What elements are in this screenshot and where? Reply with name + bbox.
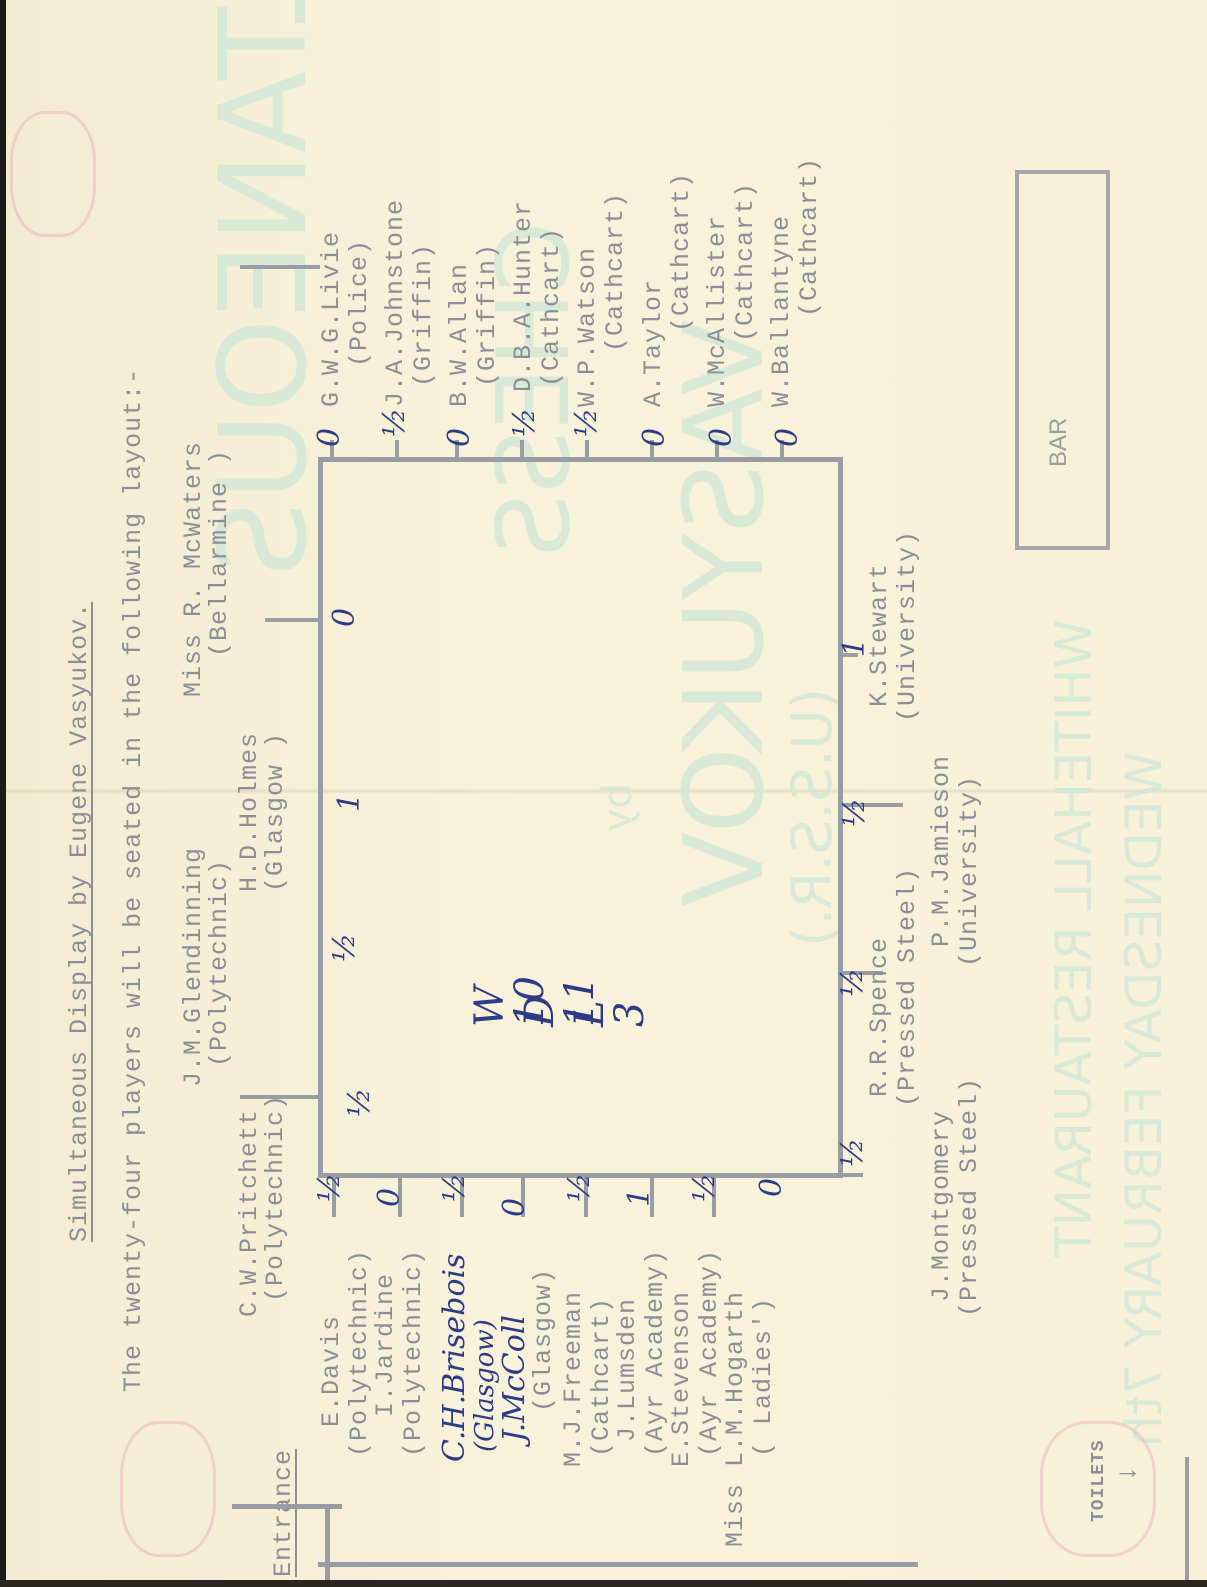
result-ballantyne: 0 bbox=[773, 428, 803, 447]
player-mcallister: W.McAllister bbox=[704, 215, 732, 407]
result-jardine: 0 bbox=[375, 1188, 405, 1207]
club-stevenson: (Ayr Academy) bbox=[696, 1249, 724, 1457]
player-glendinning: J.M.Glendinning bbox=[180, 847, 208, 1087]
player-watson: W.P.Watson bbox=[574, 247, 602, 407]
scan-edge bbox=[0, 1580, 1207, 1587]
club-hunter: (Cathcart) bbox=[538, 227, 566, 387]
seating-plan: SIMULTANEOUS CHESS by VASYUKOV (U.S.S.R.… bbox=[0, 0, 1207, 1587]
tally-losses: L 3 bbox=[570, 987, 650, 1027]
result-allan: 0 bbox=[445, 428, 475, 447]
result-livie: 0 bbox=[315, 428, 345, 447]
club-allan: (Griffin) bbox=[474, 243, 502, 387]
player-lumsden: J.Lumsden bbox=[614, 1298, 642, 1442]
player-pritchett: C.W.Pritchett bbox=[236, 1109, 264, 1317]
club-taylor: (Cathcart) bbox=[668, 172, 696, 332]
club-glasgow: (Glasgow) bbox=[530, 1268, 558, 1412]
club-pritchett: (Polytechnic) bbox=[262, 1094, 290, 1302]
club-jardine: (Polytechnic) bbox=[400, 1249, 428, 1457]
club-watson: (Cathcart) bbox=[602, 192, 630, 352]
show-through-date: WEDNESDAY FEBRUARY 7th bbox=[1115, 751, 1173, 1447]
pink-doodle-decoration bbox=[1040, 1421, 1156, 1557]
player-johnstone: J.A.Johnstone bbox=[382, 199, 410, 407]
result-hunter: ½ bbox=[510, 408, 540, 437]
board-connector bbox=[843, 1173, 863, 1177]
handwritten-brisebois: C.H.Brisebois bbox=[440, 1253, 470, 1462]
entrance-wall-end bbox=[325, 1507, 330, 1587]
show-through-ussr: (U.S.S.R.) bbox=[780, 688, 844, 947]
player-hogarth: Miss L.M.Hogarth bbox=[722, 1291, 750, 1547]
bottom-wall bbox=[1185, 1457, 1189, 1587]
entrance-label: Entrance bbox=[270, 1449, 298, 1577]
board-connector bbox=[520, 440, 524, 460]
result-spence: ½ bbox=[838, 1138, 868, 1167]
result-jamieson: ½ bbox=[840, 798, 870, 827]
handwritten-glasgow: (Glasgow) bbox=[470, 1319, 500, 1452]
club-spence: (Pressed Steel) bbox=[894, 867, 922, 1107]
left-wall bbox=[318, 1562, 918, 1567]
club-hogarth: ( Ladies') bbox=[750, 1297, 778, 1457]
result-davis: ½ bbox=[315, 1173, 345, 1202]
player-davis: E.Davis bbox=[318, 1315, 346, 1427]
table-edge-top bbox=[318, 458, 323, 1178]
club-montgomery: (Pressed Steel) bbox=[956, 1077, 984, 1317]
club-jamieson: (University) bbox=[956, 775, 984, 967]
club-stewart: (University) bbox=[894, 530, 922, 722]
player-stewart: K.Stewart bbox=[866, 563, 894, 707]
club-mcallister: (Cathcart) bbox=[732, 182, 760, 342]
club-lumsden: (Ayr Academy) bbox=[642, 1249, 670, 1457]
intro-text: The twenty-four players will be seated i… bbox=[120, 368, 148, 1392]
result-mcallister: 0 bbox=[707, 428, 737, 447]
show-through-vasyukov: VASYUKOV bbox=[660, 320, 788, 907]
player-livie: G.W.G.Livie bbox=[318, 231, 346, 407]
player-mcwaters: Miss R. McWaters bbox=[180, 441, 208, 697]
result-taylor: 0 bbox=[640, 428, 670, 447]
pink-doodle-decoration bbox=[10, 111, 96, 237]
club-johnstone: (Griffin) bbox=[410, 243, 438, 387]
board-connector bbox=[240, 1095, 320, 1099]
show-through-venue: WHITEHALL RESTAURANT bbox=[1045, 619, 1103, 1257]
show-through-by: by bbox=[595, 783, 641, 832]
club-davis: (Polytechnic) bbox=[346, 1249, 374, 1457]
player-hunter: D.B.A.Hunter bbox=[510, 200, 538, 392]
bar-area bbox=[1015, 170, 1110, 550]
result-freeman: ½ bbox=[565, 1173, 595, 1202]
result-pritchett: ½ bbox=[345, 1088, 375, 1117]
club-mcwaters: (Bellarmine ) bbox=[206, 449, 234, 657]
result-watson: ½ bbox=[572, 408, 602, 437]
pink-doodle-decoration bbox=[120, 1421, 216, 1557]
player-allan: B.W.Allan bbox=[446, 263, 474, 407]
player-taylor: A.Taylor bbox=[640, 279, 668, 407]
club-glendinning: (Polytechnic) bbox=[206, 859, 234, 1067]
result-lumsden: 1 bbox=[625, 1188, 655, 1207]
player-ballantyne: W.Ballantyne bbox=[768, 215, 796, 407]
result-hogarth: 0 bbox=[757, 1178, 787, 1197]
result-johnstone: ½ bbox=[380, 408, 410, 437]
page-title: Simultaneous Display by Eugene Vasyukov. bbox=[66, 602, 94, 1242]
player-stevenson: E.Stevenson bbox=[668, 1291, 696, 1467]
result-montgomery: ½ bbox=[838, 968, 868, 997]
club-livie: (Police) bbox=[346, 239, 374, 367]
result-glasgow: 0 bbox=[500, 1198, 530, 1217]
result-holmes: 1 bbox=[335, 793, 365, 812]
player-spence: R.R.Spence bbox=[866, 937, 894, 1097]
player-jardine: I.Jardine bbox=[372, 1273, 400, 1417]
player-holmes: H.D.Holmes bbox=[236, 732, 264, 892]
club-holmes: (Glasgow ) bbox=[262, 732, 290, 892]
board-connector bbox=[585, 440, 589, 460]
bar-label: BAR bbox=[1045, 418, 1073, 467]
result-glendinning: ½ bbox=[330, 933, 360, 962]
result-stevenson: ½ bbox=[690, 1173, 720, 1202]
board-connector bbox=[265, 618, 320, 622]
result-brisebois: ½ bbox=[440, 1173, 470, 1202]
board-connector bbox=[240, 265, 320, 269]
player-jamieson: P.M.Jamieson bbox=[928, 755, 956, 947]
result-mcwaters: 0 bbox=[330, 608, 360, 627]
scan-edge bbox=[0, 0, 6, 1587]
handwritten-mccoll: J.McColl bbox=[500, 1315, 530, 1442]
club-freeman: (Cathcart) bbox=[588, 1297, 616, 1457]
board-connector bbox=[395, 440, 399, 460]
player-montgomery: J.Montgomery bbox=[928, 1110, 956, 1302]
club-ballantyne: (Cathcart) bbox=[796, 157, 824, 317]
player-freeman: M.J.Freeman bbox=[560, 1291, 588, 1467]
